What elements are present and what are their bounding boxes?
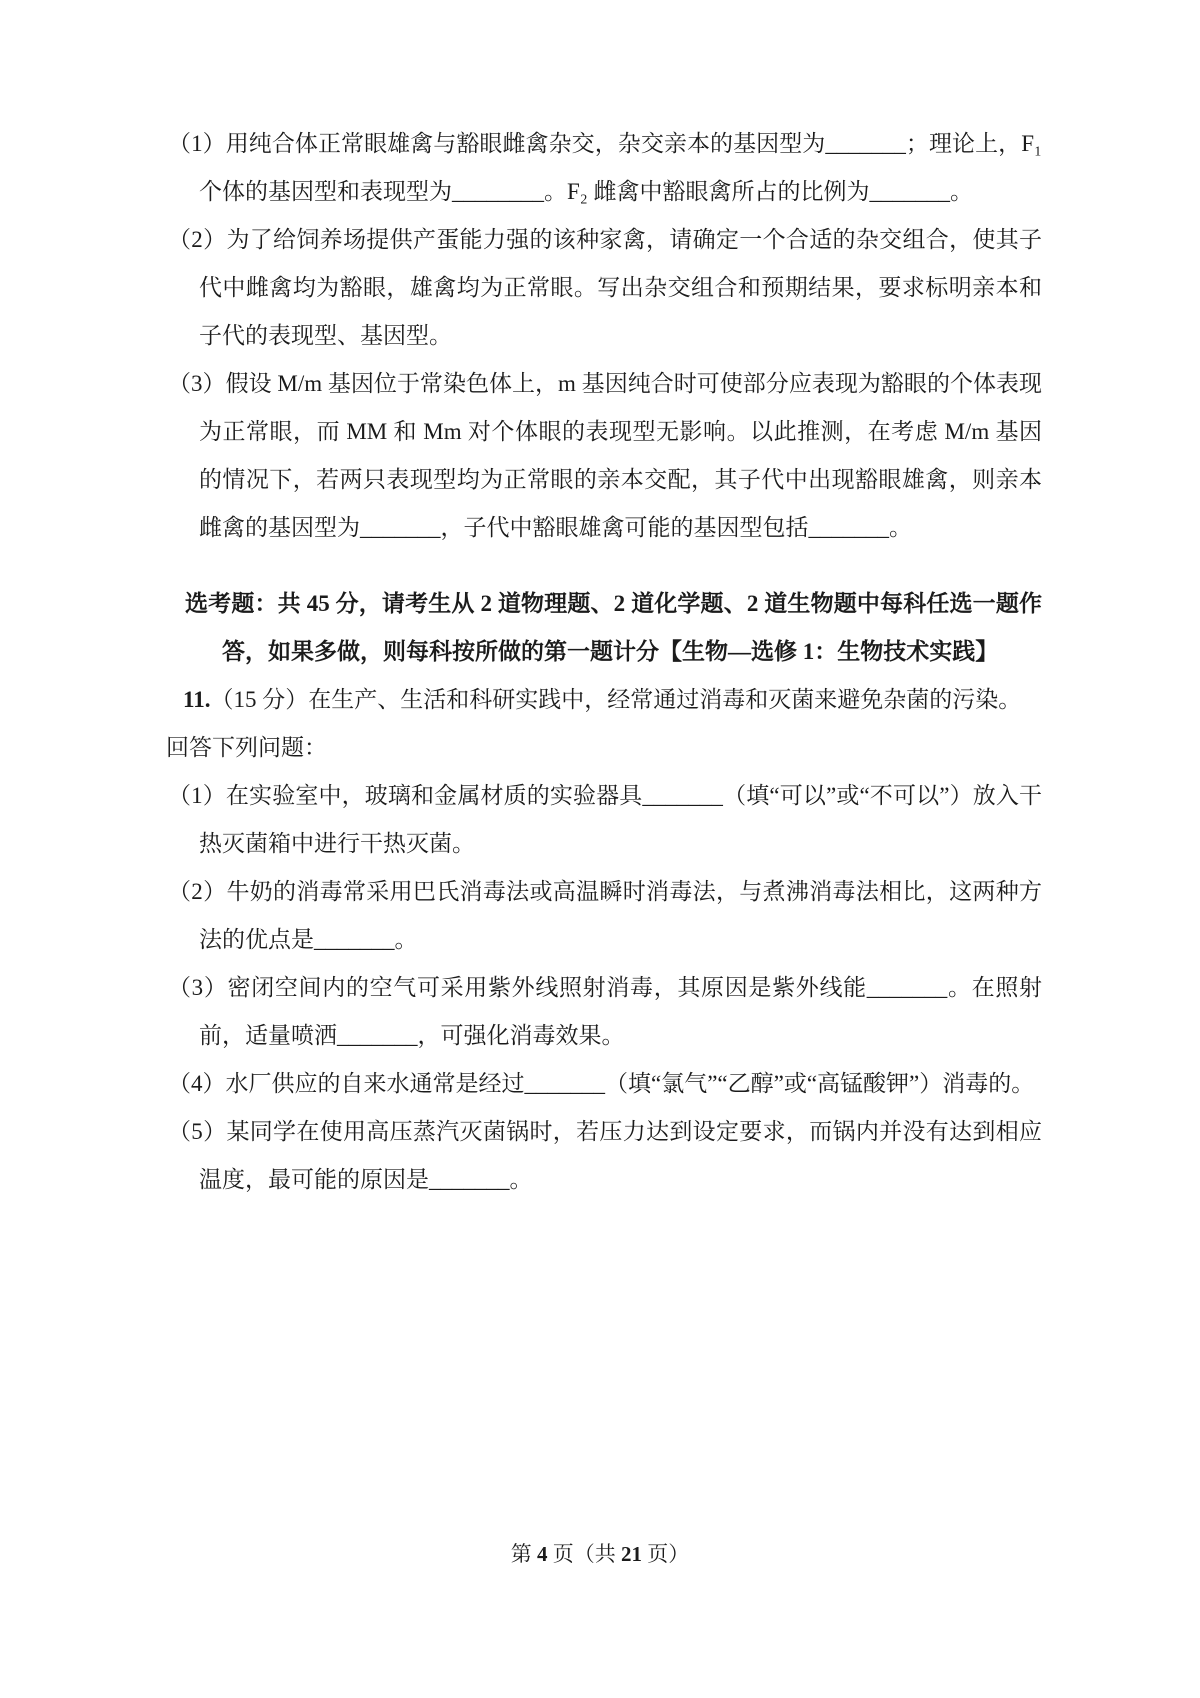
question-11-part-5: （5）某同学在使用高压蒸汽灭菌锅时，若压力达到设定要求，而锅内并没有达到相应温度… [168,1108,1042,1204]
question-11-part-1-text: 在实验室中，玻璃和金属材质的实验器具_______（填“可以”或“不可以”）放入… [199,783,1042,856]
question-10-part-2: （2）为了给饲养场提供产蛋能力强的该种家禽，请确定一个合适的杂交组合，使其子代中… [168,216,1042,360]
question-11-part-3: （3）密闭空间内的空气可采用紫外线照射消毒，其原因是紫外线能_______。在照… [168,964,1042,1060]
question-11-part-4-label: （4） [168,1071,226,1096]
question-11-part-2-text: 牛奶的消毒常采用巴氏消毒法或高温瞬时消毒法，与煮沸消毒法相比，这两种方法的优点是… [199,879,1042,952]
question-11-part-4: （4）水厂供应的自来水通常是经过_______（填“氯气”“乙醇”或“高锰酸钾”… [168,1060,1042,1108]
question-10-part-3: （3）假设 M/m 基因位于常染色体上，m 基因纯合时可使部分应表现为豁眼的个体… [168,360,1042,552]
question-10-part-1-text: 用纯合体正常眼雄禽与豁眼雌禽杂交，杂交亲本的基因型为_______；理论上，F₁… [199,131,1042,204]
question-10-part-1: （1）用纯合体正常眼雄禽与豁眼雌禽杂交，杂交亲本的基因型为_______；理论上… [168,120,1042,216]
elective-section-note-text: 选考题：共 45 分，请考生从 2 道物理题、2 道化学题、2 道生物题中每科任… [185,591,1042,664]
question-10-part-1-label: （1） [168,131,226,156]
question-11-part-3-text: 密闭空间内的空气可采用紫外线照射消毒，其原因是紫外线能_______。在照射前，… [199,975,1042,1048]
question-11-part-1-label: （1） [168,783,226,808]
question-10-part-2-label: （2） [168,227,226,252]
question-11-part-4-text: 水厂供应的自来水通常是经过_______（填“氯气”“乙醇”或“高锰酸钾”）消毒… [226,1071,1035,1096]
footer-prefix: 第 [511,1542,537,1566]
answer-prompt: 回答下列问题： [166,724,1042,772]
elective-section-note: 选考题：共 45 分，请考生从 2 道物理题、2 道化学题、2 道生物题中每科任… [185,580,1042,676]
question-11-part-1: （1）在实验室中，玻璃和金属材质的实验器具_______（填“可以”或“不可以”… [168,772,1042,868]
question-11-part-2-label: （2） [168,879,226,904]
footer-page-number: 4 [537,1542,548,1566]
page-content: （1）用纯合体正常眼雄禽与豁眼雌禽杂交，杂交亲本的基因型为_______；理论上… [166,120,1042,1204]
question-11-part-2: （2）牛奶的消毒常采用巴氏消毒法或高温瞬时消毒法，与煮沸消毒法相比，这两种方法的… [168,868,1042,964]
footer-middle: 页（共 [548,1542,622,1566]
question-11-number: 11. [183,687,210,712]
question-10-part-3-text: 假设 M/m 基因位于常染色体上，m 基因纯合时可使部分应表现为豁眼的个体表现为… [199,371,1042,540]
answer-prompt-text: 回答下列问题： [166,735,327,760]
question-11-stem: 11.（15 分）在生产、生活和科研实践中，经常通过消毒和灭菌来避免杂菌的污染。 [183,676,1042,724]
footer-suffix: 页） [642,1542,689,1566]
page-footer: 第 4 页（共 21 页） [0,1538,1200,1568]
question-11-part-5-label: （5） [168,1119,226,1144]
question-10-part-3-label: （3） [168,371,226,396]
exam-page: （1）用纯合体正常眼雄禽与豁眼雌禽杂交，杂交亲本的基因型为_______；理论上… [0,0,1200,1698]
footer-total-pages: 21 [621,1542,642,1566]
question-11-stem-text: （15 分）在生产、生活和科研实践中，经常通过消毒和灭菌来避免杂菌的污染。 [210,687,1021,712]
question-11-part-3-label: （3） [168,975,228,1000]
question-10-part-2-text: 为了给饲养场提供产蛋能力强的该种家禽，请确定一个合适的杂交组合，使其子代中雌禽均… [199,227,1042,348]
question-11-part-5-text: 某同学在使用高压蒸汽灭菌锅时，若压力达到设定要求，而锅内并没有达到相应温度，最可… [199,1119,1042,1192]
